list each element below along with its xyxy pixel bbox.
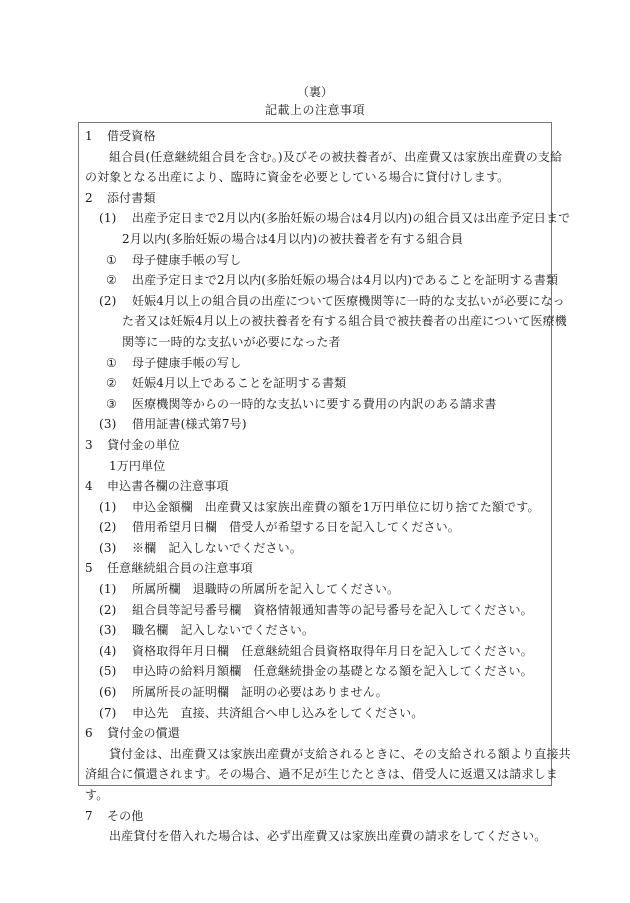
field-note-line: (4)資格取得年月日欄任意継続組合員資格取得年月日を記入してください。: [79, 641, 551, 662]
item-number: (3): [99, 414, 132, 435]
item-number: (1): [99, 497, 132, 518]
section-body-line: 済組合に償還されます。その場合、過不足が生じたときは、借受人に返還又は請求しま: [79, 764, 551, 785]
field-name: 申込先: [132, 706, 168, 720]
section-number: 1: [85, 126, 107, 147]
item-number: (1): [99, 579, 132, 600]
section-number: 2: [85, 188, 107, 209]
field-name: 申込金額欄: [132, 500, 193, 514]
field-note: 証明の必要はありません。: [241, 685, 388, 699]
field-name: 申込時の給料月額欄: [132, 664, 241, 678]
subitem-text: 妊娠4月以上であることを証明する書類: [132, 376, 346, 390]
item-number: (6): [99, 682, 132, 703]
section-body-line: の対象となる出産により、臨時に資金を必要としている場合に貸付けします。: [79, 167, 551, 188]
notes-box: 1借受資格 組合員(任意継続組合員を含む。)及びその被扶養者が、出産費又は家族出…: [78, 122, 552, 786]
section-title: 貸付金の償還: [107, 726, 180, 740]
item-continuation: 2月以内(多胎妊娠の場合は4月以内)の被扶養者を有する組合員: [79, 229, 551, 250]
item-number: (3): [99, 538, 132, 559]
field-note-line: (1)申込金額欄出産費又は家族出産費の額を1万円単位に切り捨てた額です。: [79, 497, 551, 518]
section-heading: 1借受資格: [79, 126, 551, 147]
section-title: 申込書各欄の注意事項: [107, 479, 229, 493]
field-name: 資格取得年月日欄: [132, 644, 229, 658]
section-title: 貸付金の単位: [107, 438, 180, 452]
section-number: 7: [85, 806, 107, 827]
section-heading: 6貸付金の償還: [79, 723, 551, 744]
section-heading: 7その他: [79, 806, 551, 827]
section-heading: 4申込書各欄の注意事項: [79, 476, 551, 497]
field-note-line: (6)所属所長の証明欄証明の必要はありません。: [79, 682, 551, 703]
field-note: 借受人が希望する日を記入してください。: [229, 520, 460, 534]
item-number: (5): [99, 661, 132, 682]
section-number: 3: [85, 435, 107, 456]
item-text: 妊娠4月以上の組合員の出産について医療機関等に一時的な支払いが必要になっ: [132, 294, 565, 308]
subitem-number: ②: [106, 373, 132, 394]
field-name: ※欄: [132, 541, 156, 555]
section-heading: 3貸付金の単位: [79, 435, 551, 456]
field-name: 借用希望月日欄: [132, 520, 217, 534]
field-note: 記入しないでください。: [180, 623, 314, 637]
item-number: (2): [99, 517, 132, 538]
section-number: 5: [85, 558, 107, 579]
item-line: (3)借用証書(様式第7号): [79, 414, 551, 435]
subitem-number: ②: [106, 270, 132, 291]
item-number: (4): [99, 641, 132, 662]
subitem-line: ①母子健康手帳の写し: [79, 353, 551, 374]
section-title: 借受資格: [107, 129, 156, 143]
section-number: 6: [85, 723, 107, 744]
subitem-number: ③: [106, 394, 132, 415]
subitem-text: 母子健康手帳の写し: [132, 253, 241, 267]
field-note-line: (2)借用希望月日欄借受人が希望する日を記入してください。: [79, 517, 551, 538]
section-body-line: 貸付金は、出産費又は家族出産費が支給されるときに、その支給される額より直接共: [79, 744, 551, 765]
field-note-line: (1)所属所欄退職時の所属所を記入してください。: [79, 579, 551, 600]
item-number: (2): [99, 291, 132, 312]
page-side-label: （裏）: [0, 84, 630, 100]
field-note-line: (2)組合員等記号番号欄資格情報通知書等の記号番号を記入してください。: [79, 600, 551, 621]
field-note: 資格情報通知書等の記号番号を記入してください。: [253, 603, 532, 617]
subitem-line: ①母子健康手帳の写し: [79, 250, 551, 271]
field-name: 所属所欄: [132, 582, 181, 596]
subitem-number: ①: [106, 353, 132, 374]
section-heading: 5任意継続組合員の注意事項: [79, 558, 551, 579]
field-note-line: (7)申込先直接、共済組合へ申し込みをしてください。: [79, 703, 551, 724]
field-name: 職名欄: [132, 623, 168, 637]
item-number: (3): [99, 620, 132, 641]
field-name: 組合員等記号番号欄: [132, 603, 241, 617]
subitem-line: ③医療機関等からの一時的な支払いに要する費用の内訳のある請求書: [79, 394, 551, 415]
field-note-line: (3)※欄記入しないでください。: [79, 538, 551, 559]
item-continuation: た者又は妊娠4月以上の被扶養者を有する組合員で被扶養者の出産について医療機: [79, 311, 551, 332]
section-body-line: 出産貸付を借入れた場合は、必ず出産費又は家族出産費の請求をしてください。: [79, 826, 551, 847]
field-name: 所属所長の証明欄: [132, 685, 229, 699]
item-number: (2): [99, 600, 132, 621]
field-note-line: (5)申込時の給料月額欄任意継続掛金の基礎となる額を記入してください。: [79, 661, 551, 682]
field-note-line: (3)職名欄記入しないでください。: [79, 620, 551, 641]
item-line: (2)妊娠4月以上の組合員の出産について医療機関等に一時的な支払いが必要になっ: [79, 291, 551, 312]
section-body-line: 1万円単位: [79, 456, 551, 477]
item-text: 借用証書(様式第7号): [132, 417, 247, 431]
section-heading: 2添付書類: [79, 188, 551, 209]
field-note: 任意継続掛金の基礎となる額を記入してください。: [253, 664, 532, 678]
subitem-text: 出産予定日まで2月以内(多胎妊娠の場合は4月以内)であることを証明する書類: [132, 273, 558, 287]
section-body-line: す。: [79, 785, 551, 806]
field-note: 直接、共済組合へ申し込みをしてください。: [180, 706, 423, 720]
field-note: 記入しないでください。: [168, 541, 302, 555]
subitem-text: 医療機関等からの一時的な支払いに要する費用の内訳のある請求書: [132, 397, 497, 411]
subitem-line: ②出産予定日まで2月以内(多胎妊娠の場合は4月以内)であることを証明する書類: [79, 270, 551, 291]
section-number: 4: [85, 476, 107, 497]
item-text: 出産予定日まで2月以内(多胎妊娠の場合は4月以内)の組合員又は出産予定日まで: [132, 211, 570, 225]
section-body-line: 組合員(任意継続組合員を含む。)及びその被扶養者が、出産費又は家族出産費の支給: [79, 147, 551, 168]
item-number: (7): [99, 703, 132, 724]
subitem-line: ②妊娠4月以上であることを証明する書類: [79, 373, 551, 394]
field-note: 任意継続組合員資格取得年月日を記入してください。: [241, 644, 533, 658]
section-title: 添付書類: [107, 191, 156, 205]
field-note: 出産費又は家族出産費の額を1万円単位に切り捨てた額です。: [205, 500, 540, 514]
page-title: 記載上の注意事項: [0, 102, 630, 118]
subitem-text: 母子健康手帳の写し: [132, 356, 241, 370]
item-number: (1): [99, 208, 132, 229]
section-title: その他: [107, 809, 143, 823]
subitem-number: ①: [106, 250, 132, 271]
field-note: 退職時の所属所を記入してください。: [193, 582, 400, 596]
item-continuation: 関等に一時的な支払いが必要になった者: [79, 332, 551, 353]
section-title: 任意継続組合員の注意事項: [107, 561, 253, 575]
item-line: (1)出産予定日まで2月以内(多胎妊娠の場合は4月以内)の組合員又は出産予定日ま…: [79, 208, 551, 229]
